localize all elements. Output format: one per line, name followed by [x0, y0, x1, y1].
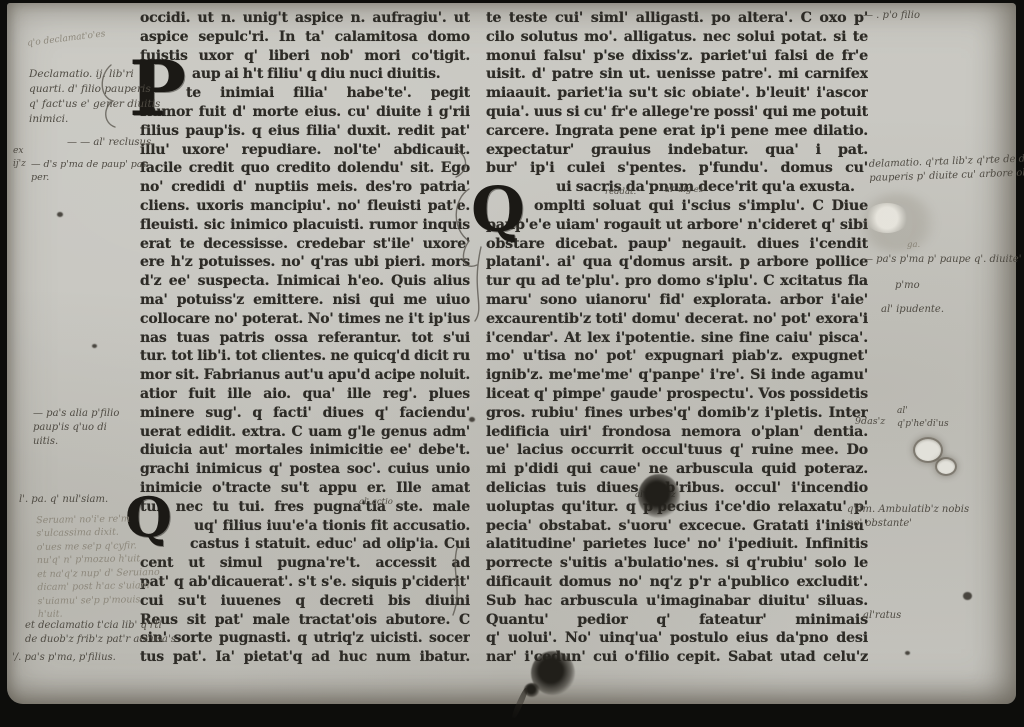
text-line: Sub hac arbuscula u'imaginabar diuitu' s…: [486, 592, 868, 611]
margin-note: al' ipudente.: [881, 303, 944, 317]
margin-note: al' uig'es: [665, 184, 703, 196]
right-text-column: te teste cui' siml' alligasti. po altera…: [486, 9, 868, 667]
text-line: grachi inimicus q' postea soc'. cuius un…: [140, 460, 470, 479]
margin-note: reddat.: [605, 186, 636, 198]
text-line: nas tuas patris ossa referantur. tot s'u…: [140, 329, 470, 348]
margin-note: Declamatio. ij. lib'riquarti. d' filio p…: [29, 67, 160, 127]
text-line: gros. rubiu' fines urbes'q' domib'z i'pl…: [486, 404, 868, 423]
text-line: Reus sit pat' male tractat'ois abutore. …: [140, 611, 470, 630]
ink-speck: [469, 417, 475, 422]
margin-note-line: q'o declamat'o'es: [27, 28, 107, 50]
margin-note: 9das'z: [855, 415, 885, 428]
text-line: Quantu' pedior q' fateatur' minimais plu…: [486, 611, 868, 630]
text-line: aup ai h't filiu' q diu nuci diuitis.: [140, 65, 470, 84]
margin-note-line: al': [897, 405, 949, 418]
text-line: obstare dicebat. paup' negauit. diues i'…: [486, 235, 868, 254]
text-line: atior fuit ille aio. qua' ille reg'. plu…: [140, 385, 470, 404]
worm-hole: [937, 459, 955, 474]
text-line: dificauit domus no' nq'z p'r a'publico e…: [486, 573, 868, 592]
text-line: tur. tot lib'i. tot clientes. ne quicq'd…: [140, 347, 470, 366]
margin-note: — d's p'ma de paup' pauper.: [31, 158, 149, 185]
text-line: pat' q ab'dicauerat'. s't s'e. siquis p'…: [140, 573, 470, 592]
parchment-abrasion: [865, 203, 909, 233]
text-line: sin' sorte pugnasti. q utriq'z uicisti. …: [140, 629, 470, 648]
margin-note-line: dicam' post h'ac s'uiam: [37, 579, 160, 595]
text-line: no' credidi d' nuptiis meis. des'ro patr…: [140, 178, 470, 197]
text-line: mi p'didi qui caue' ne arbuscula quid po…: [486, 460, 868, 479]
text-line: te teste cui' siml' alligasti. po altera…: [486, 9, 868, 28]
margin-note: al'ratus: [863, 609, 901, 623]
margin-note-line: al' ipudente.: [881, 303, 944, 317]
margin-note-line: et declamatio t'cia lib' q'rti: [25, 619, 176, 633]
text-line: fuistis uxor q' liberi nob' mori co'tigi…: [140, 47, 470, 66]
text-line: uq' filius iuu'e'a tionis fit accusatio.…: [140, 517, 470, 536]
margin-note-line: uitis.: [33, 435, 119, 449]
text-line: tur qu ad te'plu'. pro domo s'iplu'. C x…: [486, 272, 868, 291]
margin-note-line: — — al' reclusus.: [67, 136, 154, 150]
margin-note-line: paup'is q'uo di: [33, 421, 119, 435]
margin-note: '/. pa's p'ma, p'filius.: [12, 651, 116, 665]
manuscript-photo: occidi. ut n. unig't aspice n. aufragiu'…: [0, 0, 1024, 727]
margin-note-line: — pa's p'ma p' paupe q'. diuite': [863, 253, 1021, 267]
margin-note-line: reddat.: [605, 186, 636, 198]
margin-note-line: ij'z: [13, 158, 26, 171]
text-line: ignib'z. me'me'me' q'panpe' i're'. Si in…: [486, 366, 868, 385]
ink-speck: [905, 651, 910, 655]
text-line: collocare no' poterat. No' times ne i't …: [140, 310, 470, 329]
parchment-page: occidi. ut n. unig't aspice n. aufragiu'…: [7, 3, 1016, 704]
text-line: bur' ip'i culei s'pentes. p'fundu'. domu…: [486, 159, 868, 178]
margin-note: exij'z: [13, 145, 26, 171]
worm-hole: [915, 439, 941, 461]
text-line: monui falsu' p'se dixiss'z. pariet'ui fa…: [486, 47, 868, 66]
text-line: castus i statuit. educ' ad olip'ia. Cui …: [140, 535, 470, 554]
ink-blot-tail: [511, 687, 529, 719]
margin-note: et declamatio t'cia lib' q'rtide duob'z …: [25, 619, 176, 647]
left-text-column: occidi. ut n. unig't aspice n. aufragiu'…: [140, 9, 470, 667]
text-line: tui. nec tu tui. fres pugna'tia ste. mal…: [140, 498, 470, 517]
text-line: ma' potuiss'z emittere. nisi qui me uiuo…: [140, 291, 470, 310]
margin-note-line: q'p'he'di'us: [897, 418, 949, 431]
text-line: uisit. d' patre sin ut. uenisse patre'. …: [486, 65, 868, 84]
text-line: Rumor fuit d' morte eius. cu' diuite i g…: [140, 103, 470, 122]
text-line: cilo solutus mo'. alligatus. nec solui p…: [486, 28, 868, 47]
text-line: ledificia uiri' frondosa nemora o'plan' …: [486, 423, 868, 442]
margin-note-line: — . p'o filio: [863, 9, 920, 23]
text-line: tus pat'. Ia' pietat'q ad huc num ibatur…: [140, 648, 470, 667]
margin-note: — pa's p'ma p' paupe q'. diuite': [863, 253, 1021, 267]
margin-note-line: '/. pa's p'ma, p'filius.: [12, 651, 116, 665]
ink-blot: [638, 474, 680, 518]
text-line: mo' u'tisa no' pot' expugnari piab'z. ex…: [486, 347, 868, 366]
text-line: excaurentib'z toti' domu' decerat. no' p…: [486, 310, 868, 329]
margin-note-line: de duob'z frib'z pat'r accusa's: [25, 633, 176, 647]
margin-note-line: l'. pa. q' nul'siam.: [19, 493, 108, 507]
text-line: omplti soluat qui i'scius s'implu'. C Di…: [486, 197, 868, 216]
text-line: quia'. uus si cu' fr'e allege're possi' …: [486, 103, 868, 122]
text-line: carcere. Ingrata pene erat ip'i pene mee…: [486, 122, 868, 141]
margin-note: q'dm. Ambulatib'z nobisno' obstante': [847, 503, 969, 531]
text-line: miaauit. pariet'ia su't sic obiate'. b'l…: [486, 84, 868, 103]
margin-note-line: q' fact'us e' gener diuitis: [29, 97, 160, 112]
text-line: ue' lacius occurrit occul'tuus q' ruine …: [486, 441, 868, 460]
text-line: inimicie o'tracte su't appu er. Ille ama…: [140, 479, 470, 498]
margin-note-line: no' obstante': [847, 517, 969, 531]
text-line: facile credit quo credito dolendu' sit. …: [140, 159, 470, 178]
margin-note: Seruam' no'i'e re'ms'ulcassima dixit.o'u…: [36, 512, 160, 622]
margin-note: al'q'p'he'di'us: [897, 405, 949, 431]
text-line: d'z ee' suspecta. Inimicai h'eo. Quis al…: [140, 272, 470, 291]
text-line: i'cendar'. At lex i'potentie. sine fine …: [486, 329, 868, 348]
margin-note-line: ex: [13, 145, 26, 158]
margin-note-line: 9das'z: [855, 415, 885, 428]
margin-note: delamatio. q'rta lib'z q'rte de dompaupe…: [869, 152, 1024, 186]
margin-note-line: al' uig'es: [665, 184, 703, 196]
margin-note-line: al'ratus: [863, 609, 901, 623]
text-line: diuicia aut' mortales inimicitie ee' deb…: [140, 441, 470, 460]
margin-note-line: — d's p'ma de paup' pau: [31, 158, 149, 171]
text-line: maru' sono uianoru' fid' explorata. arbo…: [486, 291, 868, 310]
text-line: expectatur' grauius indebatur. qua' i pa…: [486, 141, 868, 160]
text-line: platani'. ai' qua q'domus arsit. p arbor…: [486, 253, 868, 272]
margin-note: — — al' reclusus.: [67, 136, 154, 150]
ink-speck: [92, 344, 97, 348]
ink-speck: [963, 592, 972, 600]
ink-speck: [57, 212, 63, 217]
text-line: pecia' obstabat. s'uoru' excecue. Gratat…: [486, 517, 868, 536]
margin-note: l'. pa. q' nul'siam.: [19, 493, 108, 507]
text-line: mor sit. Fabrianus aut'u apu'd acipe nol…: [140, 366, 470, 385]
text-line: alatitudine' parietes luce' no' i'pediui…: [486, 535, 868, 554]
text-line: q' uolui'. No' uinq'ua' postulo eius da'…: [486, 629, 868, 648]
initial-q-descender: [475, 247, 481, 321]
text-line: te inimiai filia' habe'te'. pegit p'oste…: [140, 84, 470, 103]
margin-note: — pa's alia p'filiopaup'is q'uo diuitis.: [33, 407, 119, 450]
margin-note: al' actio: [359, 496, 393, 508]
text-line: liceat q' pimpe' gaude' prospectu'. Vos …: [486, 385, 868, 404]
text-line: uerat edidit. extra. C uam g'le genus ad…: [140, 423, 470, 442]
margin-note-line: inimici.: [29, 112, 160, 127]
margin-note-line: quarti. d' filio pauperis: [29, 82, 160, 97]
margin-note: q'o declamat'o'es: [27, 28, 107, 50]
margin-note: — . p'o filio: [863, 9, 920, 23]
text-line: occidi. ut n. unig't aspice n. aufragiu'…: [140, 9, 470, 28]
margin-note-line: per.: [31, 171, 149, 184]
margin-note: p'mo: [895, 279, 920, 293]
text-line: cent ut simul pugna're't. accessit ad pu…: [140, 554, 470, 573]
text-line: cui su't iuuenes q decreti bis diuini ho…: [140, 592, 470, 611]
margin-note-line: q'dm. Ambulatib'z nobis: [847, 503, 969, 517]
text-line: filius paup'is. q eius filia' duxit. red…: [140, 122, 470, 141]
margin-note-line: — pa's alia p'filio: [33, 407, 119, 421]
margin-note-line: p'mo: [895, 279, 920, 293]
margin-note-line: Declamatio. ij. lib'ri: [29, 67, 160, 82]
decorated-initial: Q: [471, 179, 525, 241]
text-line: ere h'z potuisses. no' q'ras ubi pieri. …: [140, 253, 470, 272]
text-line: aspice sepulc'ri. In ta' calamitosa domo…: [140, 28, 470, 47]
text-line: fleuisti. sic inimico placuisti. rumor i…: [140, 216, 470, 235]
text-line: erat te decessisse. credebar st'ile' uxo…: [140, 235, 470, 254]
text-line: paup'e'e uiam' rogauit ut arbore' n'cide…: [486, 216, 868, 235]
text-line: porrecte s'uitis a'bulatio'nes. si q'rub…: [486, 554, 868, 573]
margin-note-line: al' actio: [359, 496, 393, 508]
text-line: illu' uxore' repudiare. nol'te' abdicaui…: [140, 141, 470, 160]
text-line: minere sug'. q facti' diues q' faciendu'…: [140, 404, 470, 423]
text-line: cliens. uxoris mancipiu'. no' fleuisti p…: [140, 197, 470, 216]
